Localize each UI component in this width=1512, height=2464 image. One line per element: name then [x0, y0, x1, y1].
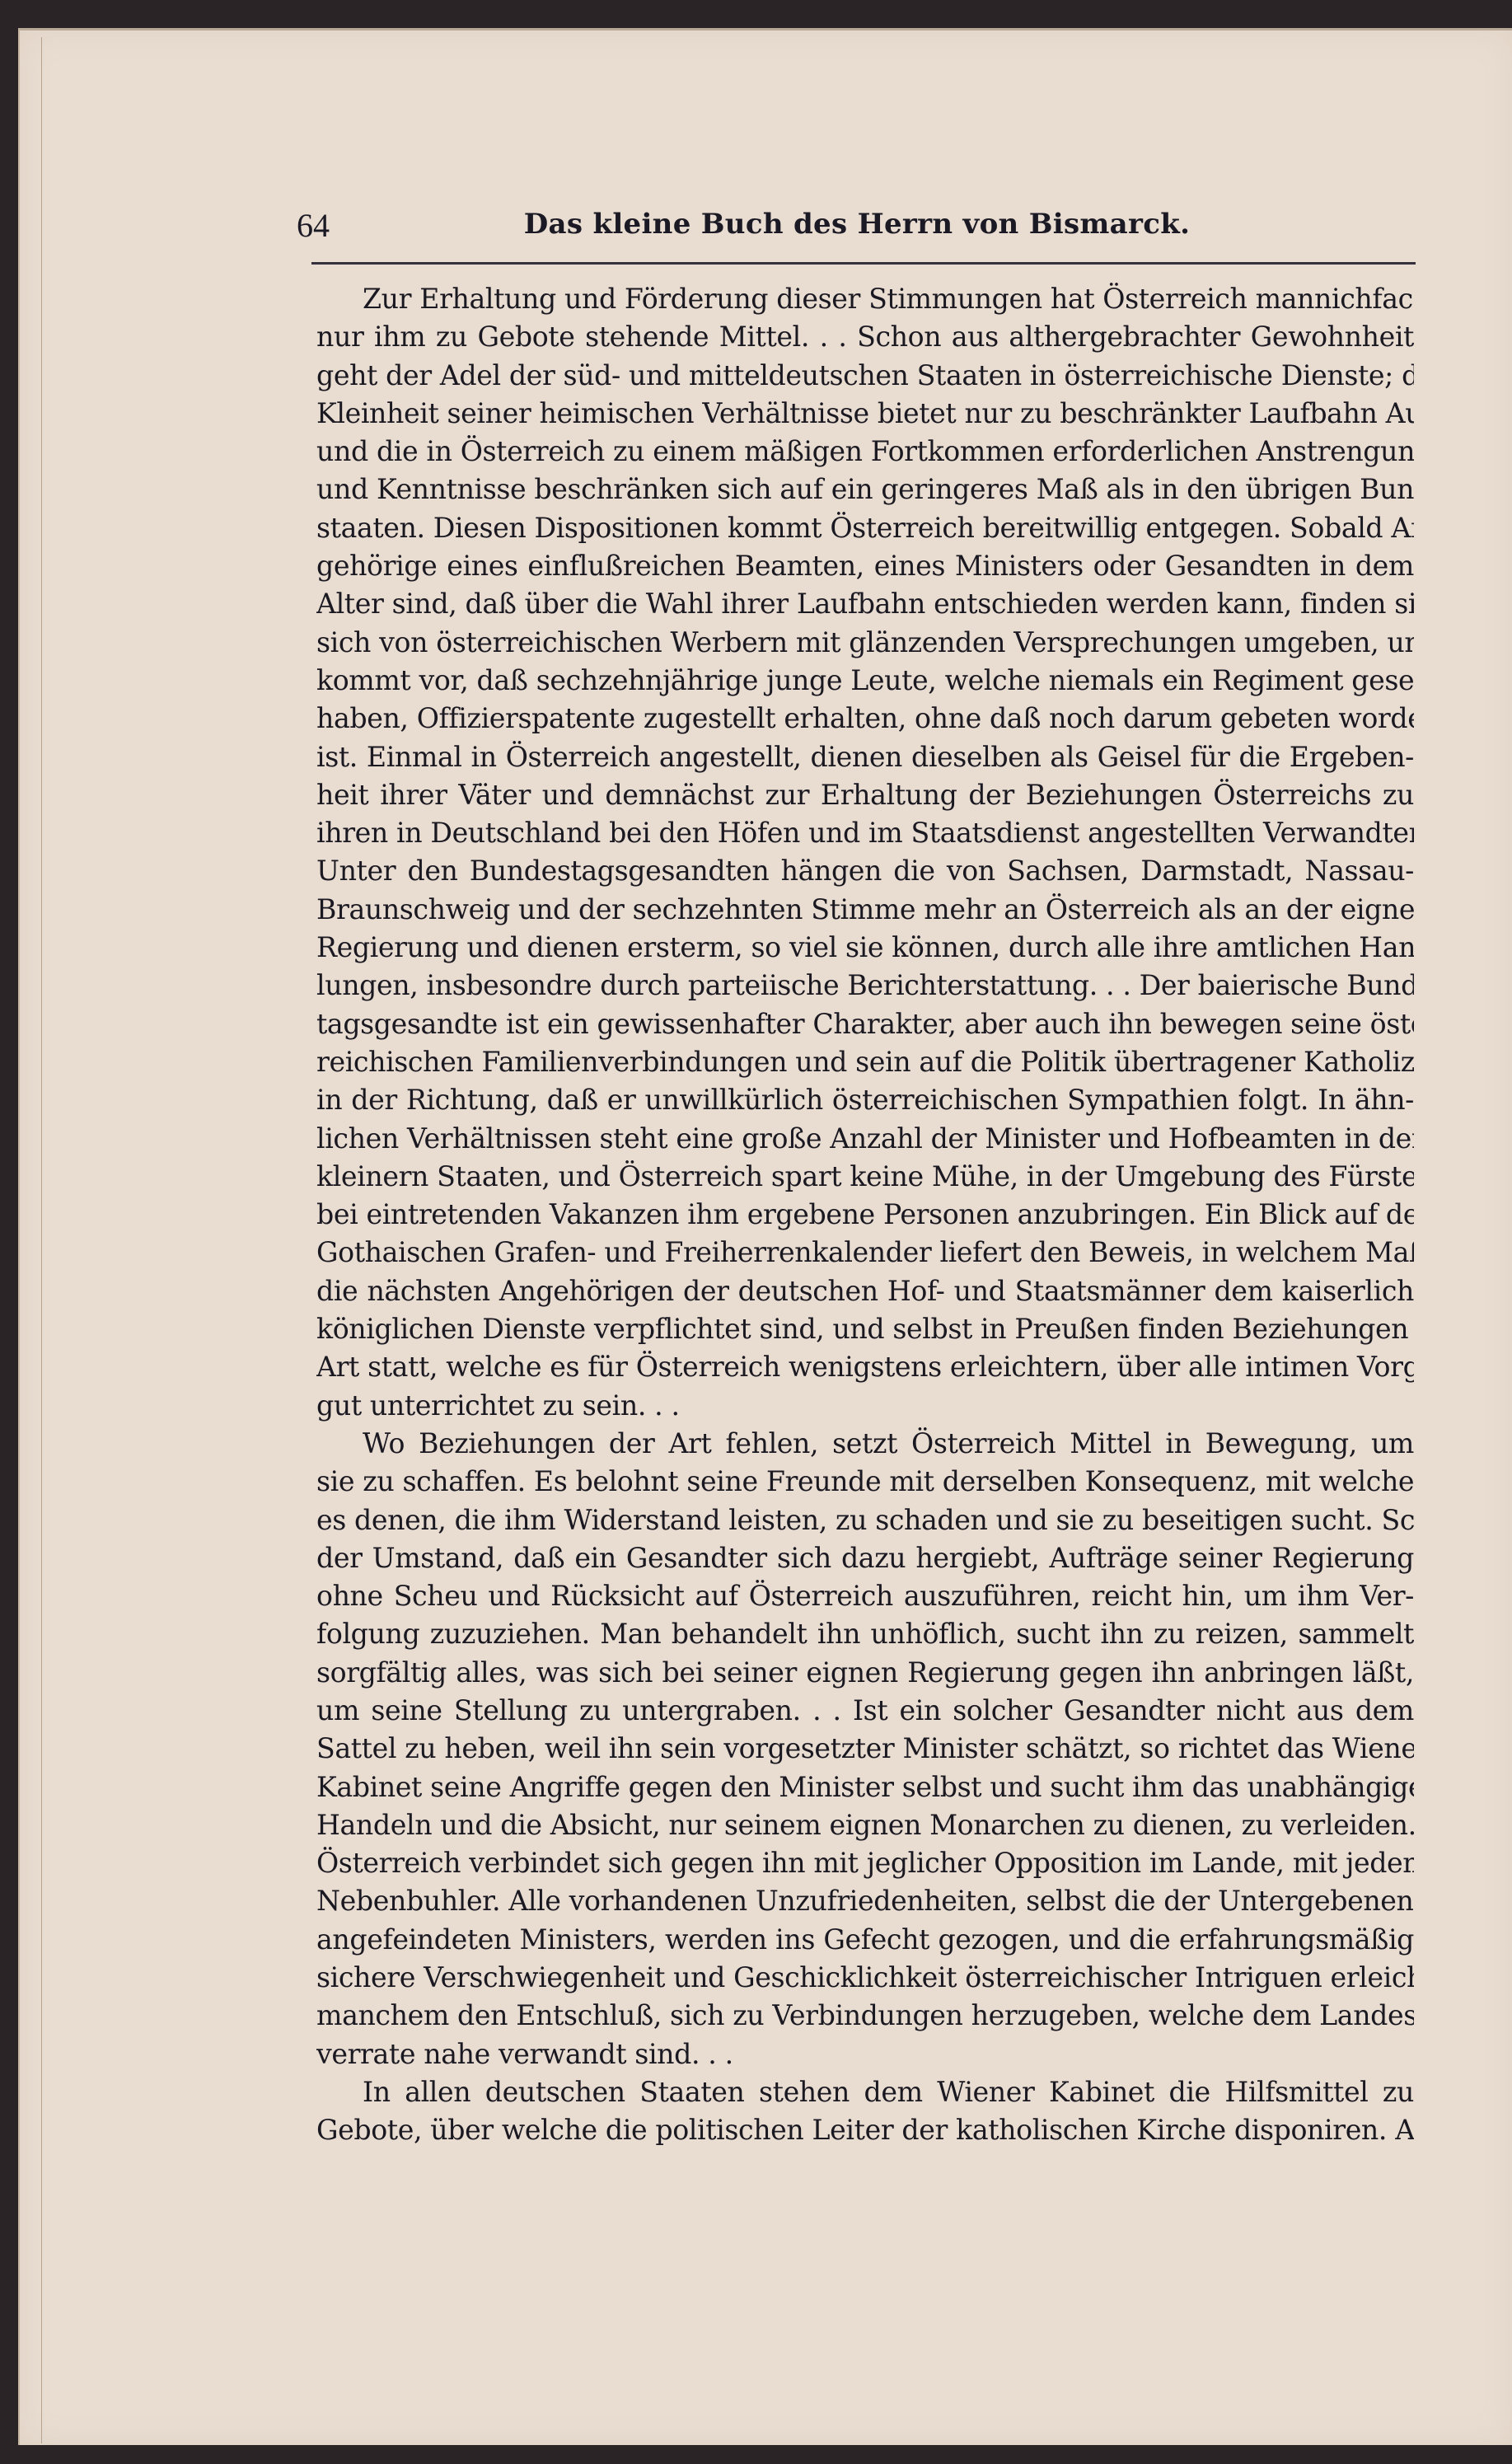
text-line: geht der Adel der süd- und mitteldeutsch…	[316, 357, 1414, 395]
text-line: bei eintretenden Vakanzen ihm ergebene P…	[316, 1196, 1414, 1234]
text-line: staaten. Diesen Dispositionen kommt Öste…	[316, 509, 1414, 547]
running-title: Das kleine Buch des Herrn von Bismarck.	[297, 208, 1417, 241]
paragraph: In allen deutschen Staaten stehen dem Wi…	[316, 2073, 1414, 2150]
paragraph: Zur Erhaltung und Förderung dieser Stimm…	[316, 280, 1414, 1425]
text-line: Alter sind, daß über die Wahl ihrer Lauf…	[316, 585, 1414, 623]
text-line: und Kenntnisse beschränken sich auf ein …	[316, 471, 1414, 508]
text-line: Sattel zu heben, weil ihn sein vorgesetz…	[316, 1730, 1414, 1768]
text-line: heit ihrer Väter und demnächst zur Erhal…	[316, 776, 1414, 814]
text-line: kommt vor, daß sechzehnjährige junge Leu…	[316, 662, 1414, 700]
text-line: Nebenbuhler. Alle vorhandenen Unzufriede…	[316, 1882, 1414, 1920]
body-text: Zur Erhaltung und Förderung dieser Stimm…	[316, 280, 1414, 2150]
text-line: tagsgesandte ist ein gewissenhafter Char…	[316, 1005, 1414, 1043]
text-line: angefeindeten Ministers, werden ins Gefe…	[316, 1921, 1414, 1959]
text-line: es denen, die ihm Widerstand leisten, zu…	[316, 1501, 1414, 1539]
text-line: sichere Verschwiegenheit und Geschicklic…	[316, 1959, 1414, 1997]
text-line: in der Richtung, daß er unwillkürlich ös…	[316, 1081, 1414, 1119]
text-line: sie zu schaffen. Es belohnt seine Freund…	[316, 1463, 1414, 1501]
text-line: nur ihm zu Gebote stehende Mittel. . . S…	[316, 318, 1414, 356]
text-line: ihren in Deutschland bei den Höfen und i…	[316, 814, 1414, 852]
text-line: sorgfältig alles, was sich bei seiner ei…	[316, 1654, 1414, 1692]
page-edge	[41, 37, 42, 2443]
text-line: Kleinheit seiner heimischen Verhältnisse…	[316, 395, 1414, 433]
text-line: lungen, insbesondre durch parteiische Be…	[316, 967, 1414, 1005]
text-line: folgung zuzuziehen. Man behandelt ihn un…	[316, 1615, 1414, 1653]
text-line: haben, Offizierspatente zugestellt erhal…	[316, 700, 1414, 738]
text-line: gehörige eines einflußreichen Beamten, e…	[316, 547, 1414, 585]
header-rule	[311, 262, 1416, 265]
text-line: Gebote, über welche die politischen Leit…	[316, 2111, 1414, 2149]
text-line: königlichen Dienste verpflichtet sind, u…	[316, 1310, 1414, 1348]
text-line: Wo Beziehungen der Art fehlen, setzt Öst…	[316, 1425, 1414, 1463]
text-line: Kabinet seine Angriffe gegen den Ministe…	[316, 1768, 1414, 1806]
text-line: Braunschweig und der sechzehnten Stimme …	[316, 891, 1414, 929]
text-line: reichischen Familienverbindungen und sei…	[316, 1043, 1414, 1081]
text-line: lichen Verhältnissen steht eine große An…	[316, 1120, 1414, 1158]
running-head: 64 Das kleine Buch des Herrn von Bismarc…	[297, 199, 1417, 249]
text-line: gut unterrichtet zu sein. . .	[316, 1387, 1414, 1425]
text-line: und die in Österreich zu einem mäßigen F…	[316, 433, 1414, 471]
text-line: Regierung und dienen ersterm, so viel si…	[316, 929, 1414, 967]
paragraph: Wo Beziehungen der Art fehlen, setzt Öst…	[316, 1425, 1414, 2073]
text-line: In allen deutschen Staaten stehen dem Wi…	[316, 2073, 1414, 2111]
text-line: der Umstand, daß ein Gesandter sich dazu…	[316, 1539, 1414, 1577]
text-line: Gothaischen Grafen- und Freiherrenkalend…	[316, 1234, 1414, 1272]
text-line: ist. Einmal in Österreich angestellt, di…	[316, 738, 1414, 776]
text-line: kleinern Staaten, und Österreich spart k…	[316, 1158, 1414, 1196]
text-line: Unter den Bundestagsgesandten hängen die…	[316, 852, 1414, 890]
text-line: die nächsten Angehörigen der deutschen H…	[316, 1272, 1414, 1310]
text-line: Zur Erhaltung und Förderung dieser Stimm…	[316, 280, 1414, 318]
text-line: sich von österreichischen Werbern mit gl…	[316, 624, 1414, 662]
text-line: ohne Scheu und Rücksicht auf Österreich …	[316, 1577, 1414, 1615]
text-line: um seine Stellung zu untergraben. . . Is…	[316, 1692, 1414, 1730]
text-line: Art statt, welche es für Österreich weni…	[316, 1348, 1414, 1386]
text-line: Handeln und die Absicht, nur seinem eign…	[316, 1806, 1414, 1844]
text-line: verrate nahe verwandt sind. . .	[316, 2035, 1414, 2073]
text-line: manchem den Entschluß, sich zu Verbindun…	[316, 1997, 1414, 2035]
text-line: Österreich verbindet sich gegen ihn mit …	[316, 1844, 1414, 1882]
